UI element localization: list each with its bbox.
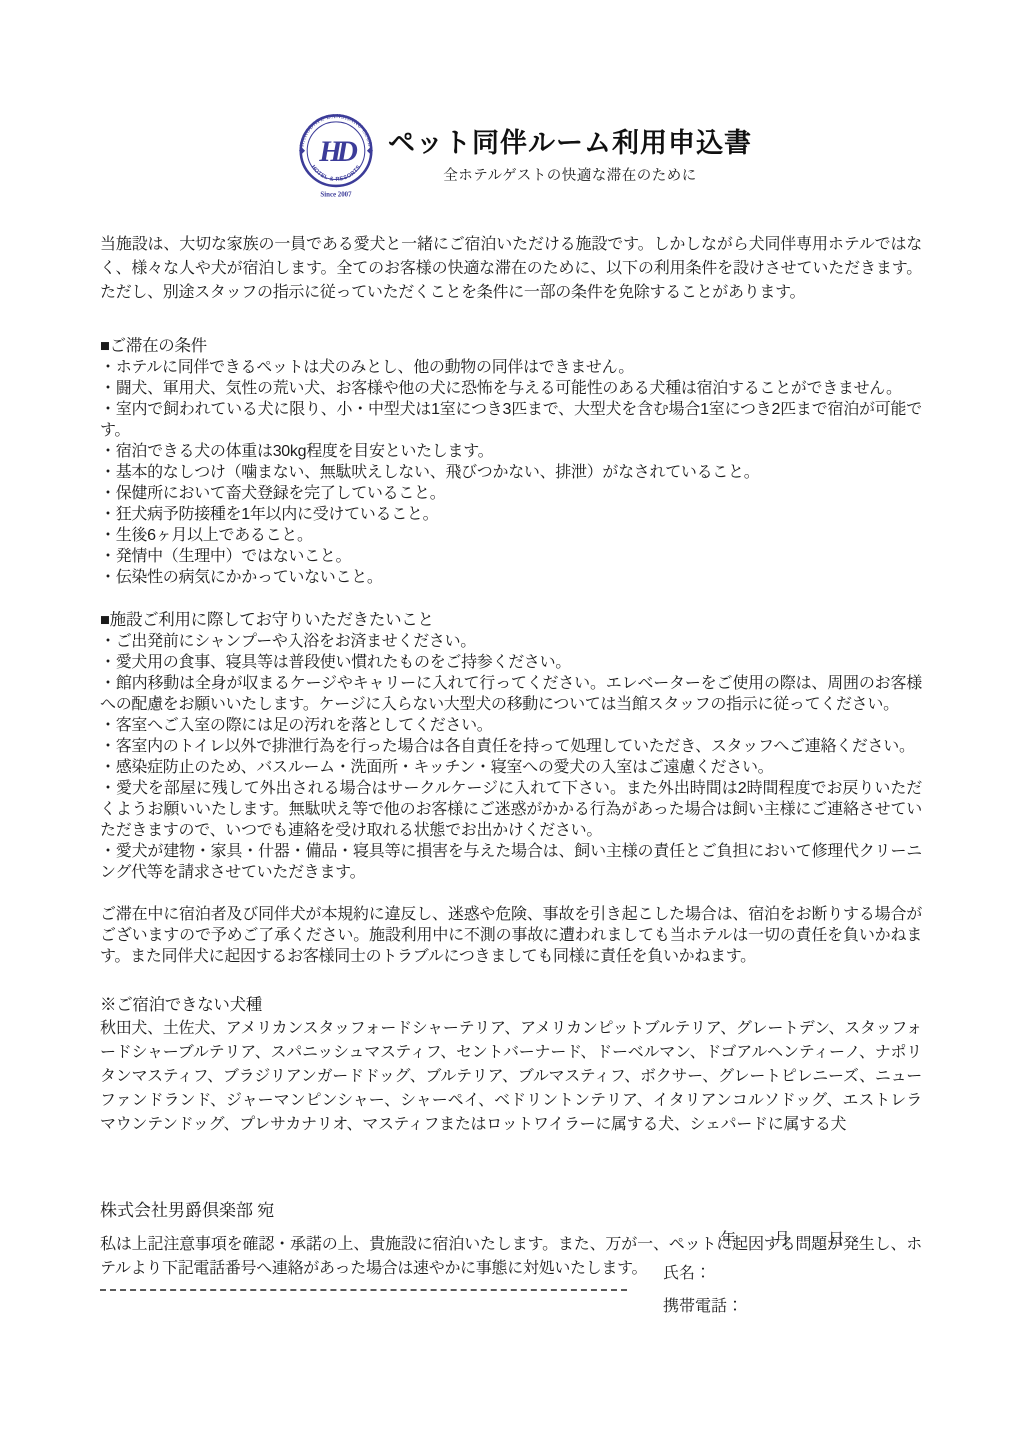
stay-condition-item: ・基本的なしつけ（噛まない、無駄吠えしない、飛びつかない、排泄）がなされているこ… [100, 462, 922, 483]
name-row: 氏名： [663, 1264, 844, 1284]
usage-rule-item: ・館内移動は全身が収まるケージやキャリーに入れて行ってください。エレベーターをご… [100, 673, 922, 715]
stay-condition-item: ・闘犬、軍用犬、気性の荒い犬、お客様や他の犬に恐怖を与える可能性のある犬種は宿泊… [100, 378, 922, 399]
day-label: 日 [828, 1230, 844, 1250]
stay-conditions-heading: ■ご滞在の条件 [100, 335, 922, 357]
usage-rule-item: ・愛犬用の食事、寝具等は普段使い慣れたものをご持参ください。 [100, 652, 922, 673]
usage-rule-item: ・客室へご入室の際には足の汚れを落としてください。 [100, 715, 922, 736]
logo-monogram: HD [318, 136, 358, 168]
stay-condition-item: ・宿泊できる犬の体重は30kg程度を目安といたします。 [100, 441, 922, 462]
usage-rule-item: ・客室内のトイレ以外で排泄行為を行った場合は各自責任を持って処理していただき、ス… [100, 736, 922, 757]
prohibited-breeds-list: 秋田犬、土佐犬、アメリカンスタッフォードシャーテリア、アメリカンピットブルテリア… [100, 1017, 922, 1137]
usage-rule-item: ・感染症防止のため、バスルーム・洗面所・キッチン・寝室への愛犬の入室はご遠慮くだ… [100, 757, 922, 778]
name-label: 氏名： [663, 1265, 711, 1282]
dashed-cut-line [100, 1289, 627, 1291]
intro-paragraph: 当施設は、大切な家族の一員である愛犬と一緒にご宿泊いただける施設です。しかしなが… [100, 233, 922, 305]
title-block: ペット同伴ルーム利用申込書 全ホテルゲストの快適な滞在のために [388, 121, 752, 200]
document-header: HAKODATE DANSHAKU CLUB HD HOTEL & RESORT… [293, 110, 752, 200]
usage-rule-item: ・愛犬が建物・家具・什器・備品・寝具等に損害を与えた場合は、飼い主様の責任とご負… [100, 841, 922, 883]
stay-condition-item: ・発情中（生理中）ではないこと。 [100, 546, 922, 567]
stay-condition-item: ・保健所において畜犬登録を完了していること。 [100, 483, 922, 504]
hotel-crest-icon: HAKODATE DANSHAKU CLUB HD HOTEL & RESORT… [293, 110, 379, 200]
phone-row: 携帯電話： [663, 1297, 844, 1317]
signature-form: 年 月 日 氏名： 携帯電話： [663, 1230, 844, 1317]
document-title: ペット同伴ルーム利用申込書 [388, 121, 752, 160]
usage-rules-list: ・ご出発前にシャンプーや入浴をお済ませください。 ・愛犬用の食事、寝具等は普段使… [100, 631, 922, 883]
logo-since-text: Since 2007 [320, 191, 352, 198]
usage-rule-item: ・愛犬を部屋に残して外出される場合はサークルケージに入れて下さい。また外出時間は… [100, 778, 922, 841]
date-row: 年 月 日 [663, 1230, 844, 1250]
stay-condition-item: ・室内で飼われている犬に限り、小・中型犬は1室につき3匹まで、大型犬を含む場合1… [100, 399, 922, 441]
prohibited-breeds-heading: ※ご宿泊できない犬種 [100, 993, 922, 1017]
stay-condition-item: ・生後6ヶ月以上であること。 [100, 525, 922, 546]
stay-condition-item: ・ホテルに同伴できるペットは犬のみとし、他の動物の同伴はできません。 [100, 357, 922, 378]
stay-condition-item: ・伝染性の病気にかかっていないこと。 [100, 567, 922, 588]
phone-label: 携帯電話： [663, 1298, 743, 1315]
year-label: 年 [720, 1230, 736, 1250]
liability-paragraph: ご滞在中に宿泊者及び同伴犬が本規約に違反し、迷惑や危険、事故を引き起こした場合は… [100, 904, 922, 967]
month-label: 月 [774, 1230, 790, 1250]
addressee-line: 株式会社男爵倶楽部 宛 [100, 1199, 922, 1223]
stay-conditions-list: ・ホテルに同伴できるペットは犬のみとし、他の動物の同伴はできません。 ・闘犬、軍… [100, 357, 922, 588]
usage-rule-item: ・ご出発前にシャンプーや入浴をお済ませください。 [100, 631, 922, 652]
hotel-logo: HAKODATE DANSHAKU CLUB HD HOTEL & RESORT… [293, 110, 379, 200]
document-subtitle: 全ホテルゲストの快適な滞在のために [388, 164, 752, 185]
document-body: 当施設は、大切な家族の一員である愛犬と一緒にご宿泊いただける施設です。しかしなが… [100, 233, 922, 1291]
pet-room-application-document: HAKODATE DANSHAKU CLUB HD HOTEL & RESORT… [0, 0, 1018, 1440]
stay-condition-item: ・狂犬病予防接種を1年以内に受けていること。 [100, 504, 922, 525]
usage-rules-heading: ■施設ご利用に際してお守りいただきたいこと [100, 609, 922, 631]
